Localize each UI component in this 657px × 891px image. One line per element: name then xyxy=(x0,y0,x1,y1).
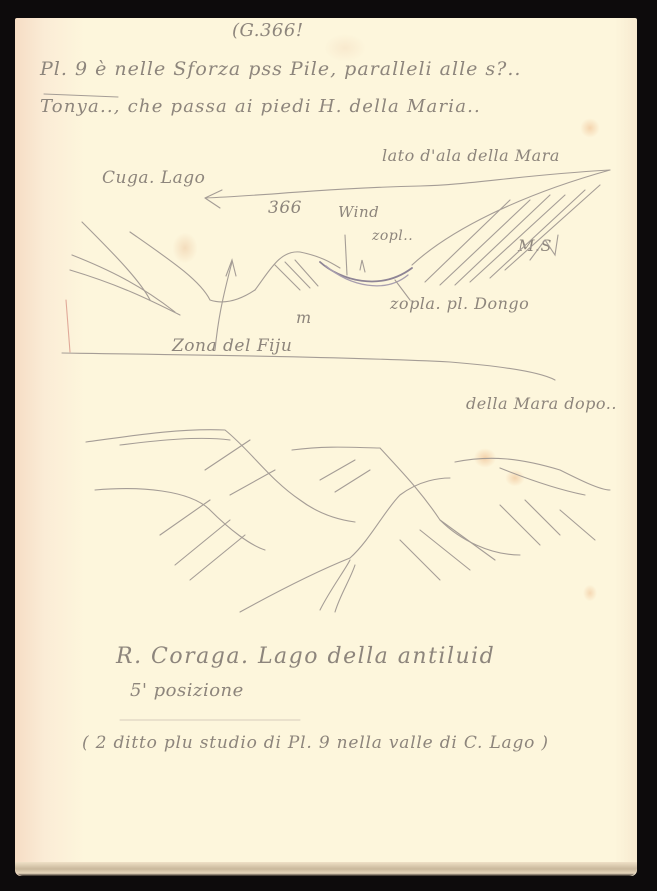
underline-stroke xyxy=(44,94,118,97)
scan-background: (G.366! Pl. 9 è nelle Sforza pss Pile, p… xyxy=(0,0,657,891)
geology-sketch xyxy=(0,0,657,891)
